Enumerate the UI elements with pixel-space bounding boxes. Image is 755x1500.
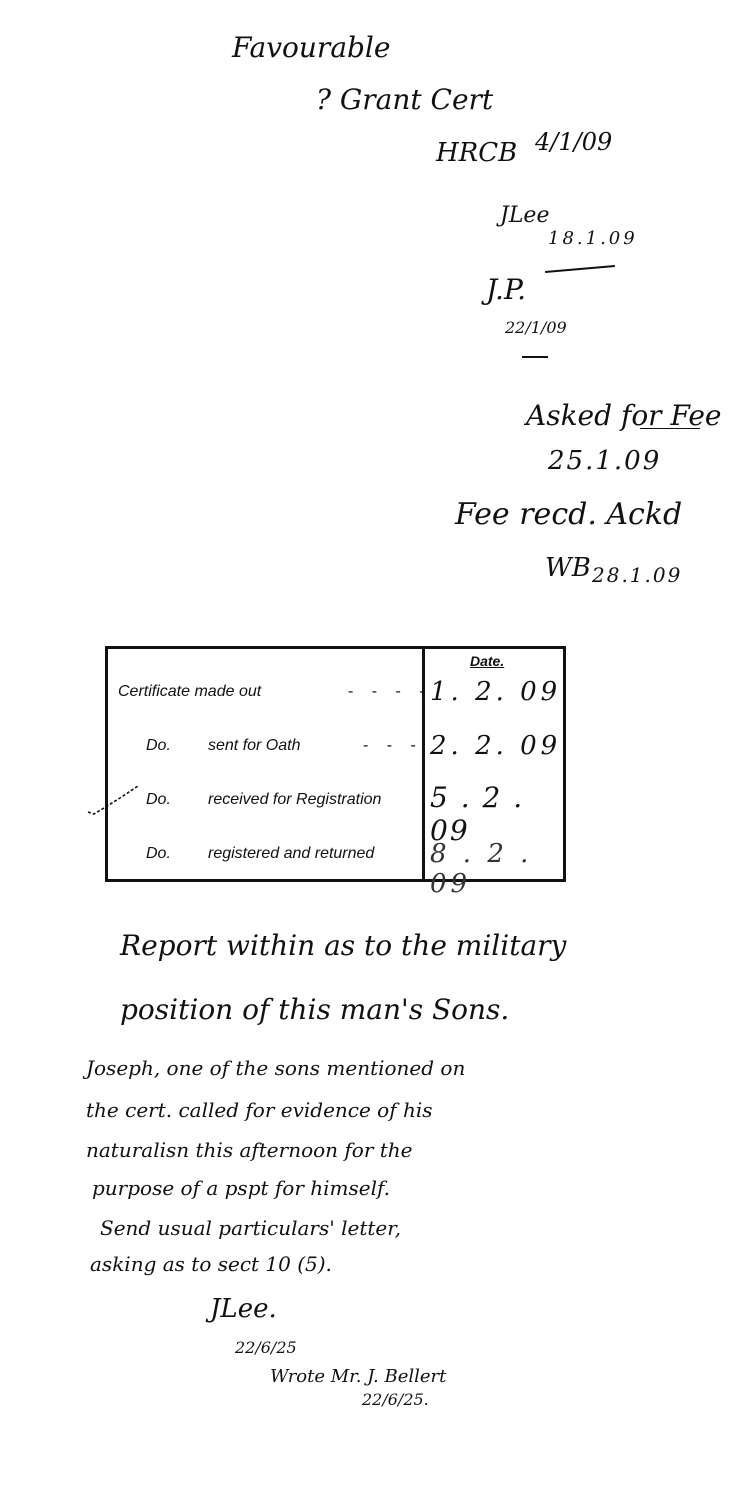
note-initials-jp: J.P. [486, 276, 526, 304]
row-prefix: Do. [146, 845, 171, 863]
reply-note-line-4: purpose of a pspt for himself. [92, 1178, 390, 1198]
report-note-line-2: position of this man's Sons. [120, 996, 509, 1024]
divider-line [522, 356, 548, 358]
note-date-jp: 22/1/09 [505, 320, 567, 336]
row-label: Certificate made out [118, 683, 261, 701]
reply-note-line-1: Joseph, one of the sons mentioned on [86, 1058, 465, 1078]
underline [640, 428, 700, 429]
note-asked-for-fee: Asked for Fee [526, 402, 722, 430]
row-label: registered and returned [208, 845, 374, 863]
certificate-status-table: Date. Certificate made out - - - - 1. 2.… [105, 646, 566, 882]
note-grant-cert: ? Grant Cert [316, 86, 493, 114]
reply-note-line-2: the cert. called for evidence of his [86, 1100, 433, 1120]
table-row: Do. registered and returned 8 . 2 . 09 [108, 831, 563, 881]
leader-dots: - - - [363, 737, 423, 755]
note-ack-initials: WB [545, 555, 591, 581]
note-ack-date: 28.1.09 [592, 565, 682, 585]
signature-jlee: JLee. [210, 1296, 277, 1322]
reply-note-line-3: naturalisn this afternoon for the [86, 1140, 413, 1160]
check-mark-icon [86, 778, 166, 818]
note-favourable: Favourable [232, 34, 390, 62]
note-fee-received: Fee recd. Ackd [455, 500, 682, 530]
table-row: Do. received for Registration 5 . 2 . 09 [108, 777, 563, 827]
row-label: sent for Oath [208, 737, 301, 755]
divider-line [545, 265, 615, 273]
note-initials-jlee: JLee [500, 205, 549, 227]
note-date-hrcb: 4/1/09 [535, 130, 612, 154]
reply-note-line-5: Send usual particulars' letter, [100, 1218, 401, 1238]
note-date-jlee: 18.1.09 [548, 230, 638, 248]
report-note-line-1: Report within as to the military [120, 932, 566, 960]
row-prefix: Do. [146, 737, 171, 755]
row-label: received for Registration [208, 791, 381, 809]
followup-note: Wrote Mr. J. Bellert [270, 1368, 446, 1386]
note-asked-date: 25.1.09 [548, 448, 661, 474]
followup-date: 22/6/25. [362, 1392, 429, 1408]
leader-dots: - - - - [348, 683, 432, 701]
date-column-header: Date. [470, 653, 504, 669]
table-row: Certificate made out - - - - 1. 2. 09 [108, 669, 563, 719]
note-initials-hrcb: HRCB [436, 140, 517, 166]
table-row: Do. sent for Oath - - - 2. 2. 09 [108, 723, 563, 773]
reply-note-line-6: asking as to sect 10 (5). [90, 1254, 332, 1274]
row-date: 8 . 2 . 09 [430, 839, 563, 899]
row-date: 2. 2. 09 [430, 731, 561, 761]
signature-date: 22/6/25 [235, 1340, 297, 1356]
row-date: 1. 2. 09 [430, 677, 561, 707]
